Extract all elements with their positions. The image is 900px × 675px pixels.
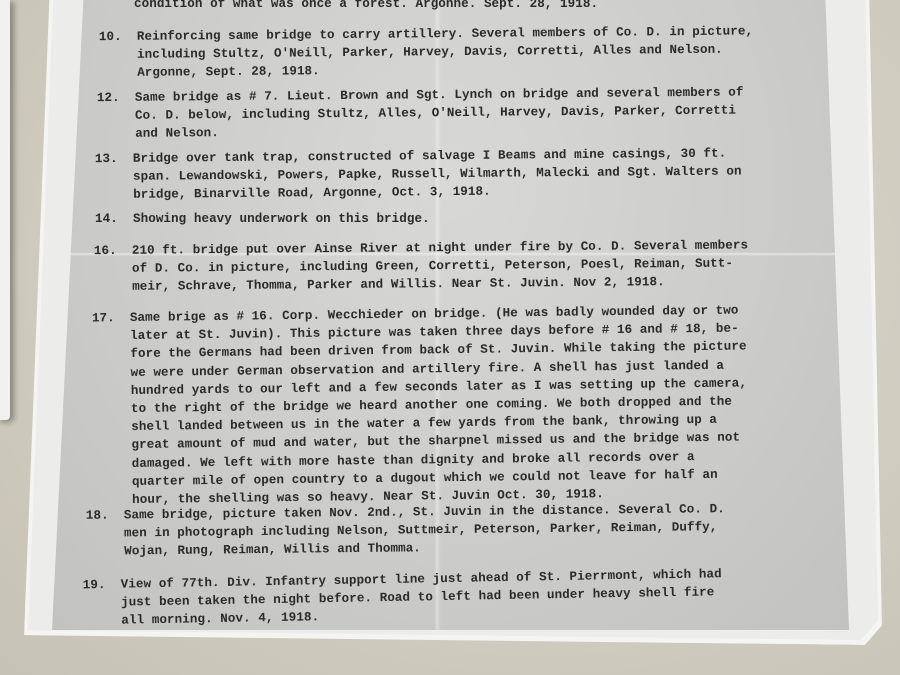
partial-entry-top: condition of what was once a forest. Arg… — [134, 0, 774, 13]
entry-number: 16. — [94, 242, 117, 260]
entry-number: 18. — [86, 507, 109, 525]
entry-text: View of 77th. Div. Infantry support line… — [121, 564, 772, 630]
entry-number: 13. — [95, 150, 118, 168]
caption-entry-19: 19. View of 77th. Div. Infantry support … — [121, 564, 772, 630]
caption-entry-17: 17. Same brige as # 16. Corp. Wecchieder… — [130, 301, 782, 509]
entry-number: 17. — [92, 309, 115, 327]
entry-text: condition of what was once a forest. Arg… — [134, 0, 774, 13]
entry-text: Same bridge as # 7. Lieut. Brown and Sgt… — [135, 83, 775, 143]
entry-number: 12. — [97, 89, 120, 107]
entry-number: 10. — [99, 28, 122, 46]
caption-entry-13: 13. Bridge over tank trap, constructed o… — [133, 144, 773, 204]
caption-entry-18: 18. Same bridge, picture taken Nov. 2nd.… — [124, 500, 775, 561]
entry-text: Reinforcing same bridge to carry artille… — [137, 22, 777, 82]
entry-text: Bridge over tank trap, constructed of sa… — [133, 144, 773, 204]
entry-number: 14. — [95, 210, 118, 228]
caption-entry-10: 10. Reinforcing same bridge to carry art… — [137, 22, 777, 82]
entry-text: Same bridge, picture taken Nov. 2nd., St… — [124, 500, 775, 561]
caption-entry-12: 12. Same bridge as # 7. Lieut. Brown and… — [135, 83, 775, 143]
entry-text: Same brige as # 16. Corp. Wecchieder on … — [130, 301, 782, 509]
entry-text: 210 ft. bridge put over Ainse River at n… — [132, 236, 772, 296]
document-text: condition of what was once a forest. Arg… — [0, 0, 900, 675]
entry-number: 19. — [83, 576, 106, 595]
entry-text: Showing heavy underwork on this bridge. — [133, 210, 773, 228]
caption-entry-16: 16. 210 ft. bridge put over Ainse River … — [132, 236, 772, 296]
caption-entry-14: 14. Showing heavy underwork on this brid… — [133, 210, 773, 228]
